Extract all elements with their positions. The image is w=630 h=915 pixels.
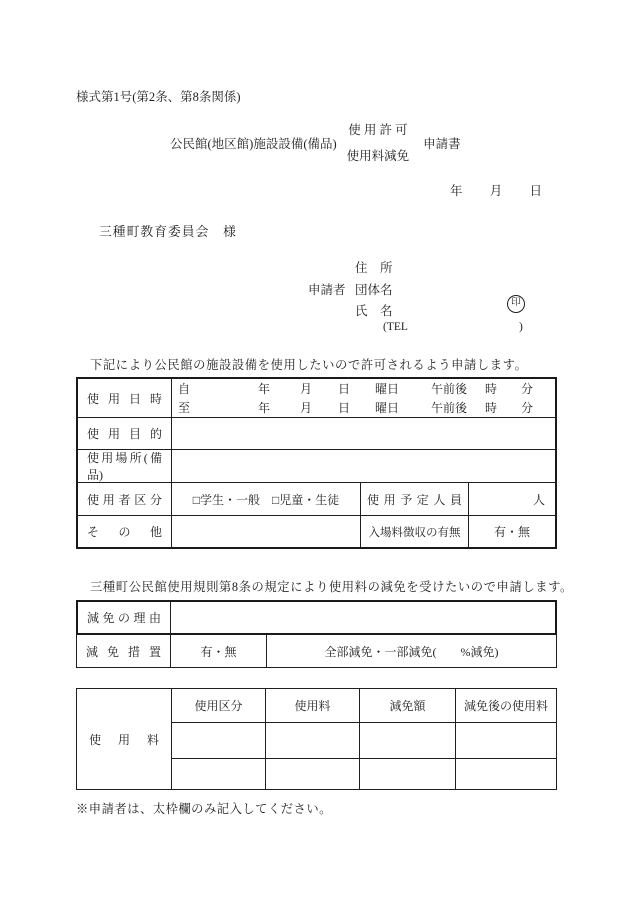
tel-close-paren: )	[519, 321, 523, 333]
date-year-label: 年	[450, 181, 463, 199]
unit-weekday: 曜日	[375, 380, 399, 397]
table-row-user-category: 使 用 者 区 分 □学生・一般 □児童・生徒 使 用 予 定 人 員 人	[78, 483, 555, 516]
unit-day: 日	[338, 380, 350, 397]
fee-header-reduction-label: 減免額	[389, 697, 425, 714]
reduction-measure-detail: 全部減免・一部減免( %減免)	[325, 643, 499, 660]
seal-character: 印	[511, 299, 521, 309]
reduction-measure-label-cell: 減 免 措 置	[77, 635, 171, 667]
footnote: ※申請者は、太枠欄のみ記入してください。	[76, 799, 332, 817]
form-number: 様式第1号(第2条、第8条関係)	[76, 87, 241, 105]
usage-fee-side-label-cell: 使 用 料	[77, 689, 172, 789]
date-line: 年 月 日	[450, 181, 542, 199]
reduction-reason-label: 減 免 の 理 由	[78, 609, 170, 626]
other-entry-cell	[172, 516, 361, 547]
section2-intro: 三種町公民館使用規則第8条の規定により使用料の減免を受けたいので申請します。	[90, 577, 573, 595]
applicant-group-label: 団体名	[355, 280, 393, 298]
title-option-stack: 使 用 許 可 使用料減免	[347, 117, 410, 169]
usage-datetime-entry-cell: 自 年 月 日 曜日 午前後 時 分 至 年 月 日 曜日 午前後 時	[172, 379, 555, 417]
fee-cell	[172, 759, 266, 789]
unit-hour: 時	[485, 380, 497, 397]
section1-intro: 下記により公民館の施設設備を使用したいので許可されるよう申請します。	[90, 355, 528, 373]
table-row-usage-purpose: 使 用 目 的	[78, 418, 555, 450]
from-prefix: 自	[178, 380, 190, 397]
table-row-usage-datetime: 使 用 日 時 自 年 月 日 曜日 午前後 時 分 至 年 月 日	[78, 379, 555, 418]
usage-place-label: 使用場所(備品)	[78, 449, 171, 483]
title-tail: 申請書	[423, 134, 461, 152]
unit-year: 年	[258, 380, 270, 397]
unit-ampm: 午前後	[431, 399, 467, 416]
tel-label: (TEL	[383, 321, 408, 333]
seal-icon: 印	[507, 295, 525, 313]
fee-cell	[266, 759, 360, 789]
fee-cell	[266, 723, 360, 759]
fee-cell	[360, 759, 456, 789]
fee-header-category-label: 使用区分	[194, 697, 242, 714]
fee-header-reduction: 減免額	[360, 689, 456, 723]
unit-month: 月	[300, 380, 312, 397]
fee-header-fee: 使用料	[266, 689, 360, 723]
usage-place-label-cell: 使用場所(備品)	[78, 450, 172, 482]
usage-purpose-entry-cell	[172, 418, 555, 449]
usage-fee-grid: 使用区分 使用料 減免額 減免後の使用料	[172, 689, 556, 789]
applicant-label: 申請者	[308, 280, 346, 298]
datetime-from-line: 自 年 月 日 曜日 午前後 時 分	[172, 380, 555, 399]
unit-weekday: 曜日	[375, 399, 399, 416]
admission-fee-choice: 有・無	[494, 523, 530, 540]
fee-cell	[456, 759, 556, 789]
reduction-measure-row: 減 免 措 置 有・無 全部減免・一部減免( %減免)	[76, 635, 557, 668]
admission-fee-label-cell: 入場料徴収の有無	[361, 516, 469, 547]
date-day-label: 日	[529, 181, 542, 199]
title-option-fee-reduction: 使用料減免	[347, 143, 410, 169]
unit-hour: 時	[485, 399, 497, 416]
fee-header-after-reduction: 減免後の使用料	[456, 689, 556, 723]
fee-header-after-reduction-label: 減免後の使用料	[464, 697, 548, 714]
datetime-to-line: 至 年 月 日 曜日 午前後 時 分	[172, 399, 555, 418]
applicant-address-label: 住 所	[355, 258, 393, 276]
other-label-cell: そ の 他	[78, 516, 172, 547]
unit-minute: 分	[521, 380, 533, 397]
reduction-measure-choice: 有・無	[200, 643, 236, 660]
fee-header-fee-label: 使用料	[294, 697, 330, 714]
headcount-unit: 人	[533, 491, 545, 508]
user-category-label-cell: 使 用 者 区 分	[78, 483, 172, 515]
table-row-usage-place: 使用場所(備品)	[78, 450, 555, 483]
user-category-checkboxes: □学生・一般 □児童・生徒	[172, 483, 361, 515]
planned-headcount-label: 使 用 予 定 人 員	[361, 491, 468, 508]
usage-application-table: 使 用 日 時 自 年 月 日 曜日 午前後 時 分 至 年 月 日	[76, 377, 557, 549]
other-label: そ の 他	[78, 523, 171, 540]
usage-datetime-label-cell: 使 用 日 時	[78, 379, 172, 417]
document-title: 公民館(地区館)施設設備(備品) 使 用 許 可 使用料減免 申請書	[170, 118, 461, 168]
usage-fee-side-label: 使 用 料	[77, 731, 171, 748]
fee-header-category: 使用区分	[172, 689, 266, 723]
unit-day: 日	[338, 399, 350, 416]
reduction-measure-label: 減 免 措 置	[77, 643, 170, 660]
unit-minute: 分	[521, 399, 533, 416]
admission-fee-choice-cell: 有・無	[469, 516, 555, 547]
usage-fee-table: 使 用 料 使用区分 使用料 減免額 減免後の使用料	[76, 688, 557, 790]
admission-fee-label: 入場料徴収の有無	[369, 524, 461, 540]
title-option-permit: 使 用 許 可	[347, 117, 410, 143]
reduction-reason-row: 減 免 の 理 由	[76, 600, 557, 635]
title-main: 公民館(地区館)施設設備(備品)	[170, 134, 337, 152]
fee-cell	[456, 723, 556, 759]
checkbox-options: □学生・一般 □児童・生徒	[193, 491, 340, 508]
application-form-document: 様式第1号(第2条、第8条関係) 公民館(地区館)施設設備(備品) 使 用 許 …	[0, 0, 630, 915]
planned-headcount-entry-cell: 人	[469, 483, 555, 515]
addressee: 三種町教育委員会 様	[99, 221, 237, 240]
usage-datetime-label: 使 用 日 時	[78, 390, 171, 407]
user-category-label: 使 用 者 区 分	[78, 491, 171, 508]
usage-purpose-label-cell: 使 用 目 的	[78, 418, 172, 449]
date-month-label: 月	[490, 181, 503, 199]
fee-cell	[172, 723, 266, 759]
applicant-name-label: 氏 名	[355, 301, 393, 319]
planned-headcount-label-cell: 使 用 予 定 人 員	[361, 483, 469, 515]
reduction-reason-label-cell: 減 免 の 理 由	[78, 602, 171, 633]
unit-ampm: 午前後	[431, 380, 467, 397]
to-prefix: 至	[178, 399, 190, 416]
fee-cell	[360, 723, 456, 759]
reduction-reason-entry-cell	[171, 602, 555, 633]
unit-year: 年	[258, 399, 270, 416]
reduction-measure-detail-cell: 全部減免・一部減免( %減免)	[267, 635, 556, 667]
table-row-other: そ の 他 入場料徴収の有無 有・無	[78, 516, 555, 547]
reduction-measure-choice-cell: 有・無	[171, 635, 267, 667]
unit-month: 月	[300, 399, 312, 416]
usage-place-entry-cell	[172, 450, 555, 482]
usage-purpose-label: 使 用 目 的	[78, 425, 171, 442]
